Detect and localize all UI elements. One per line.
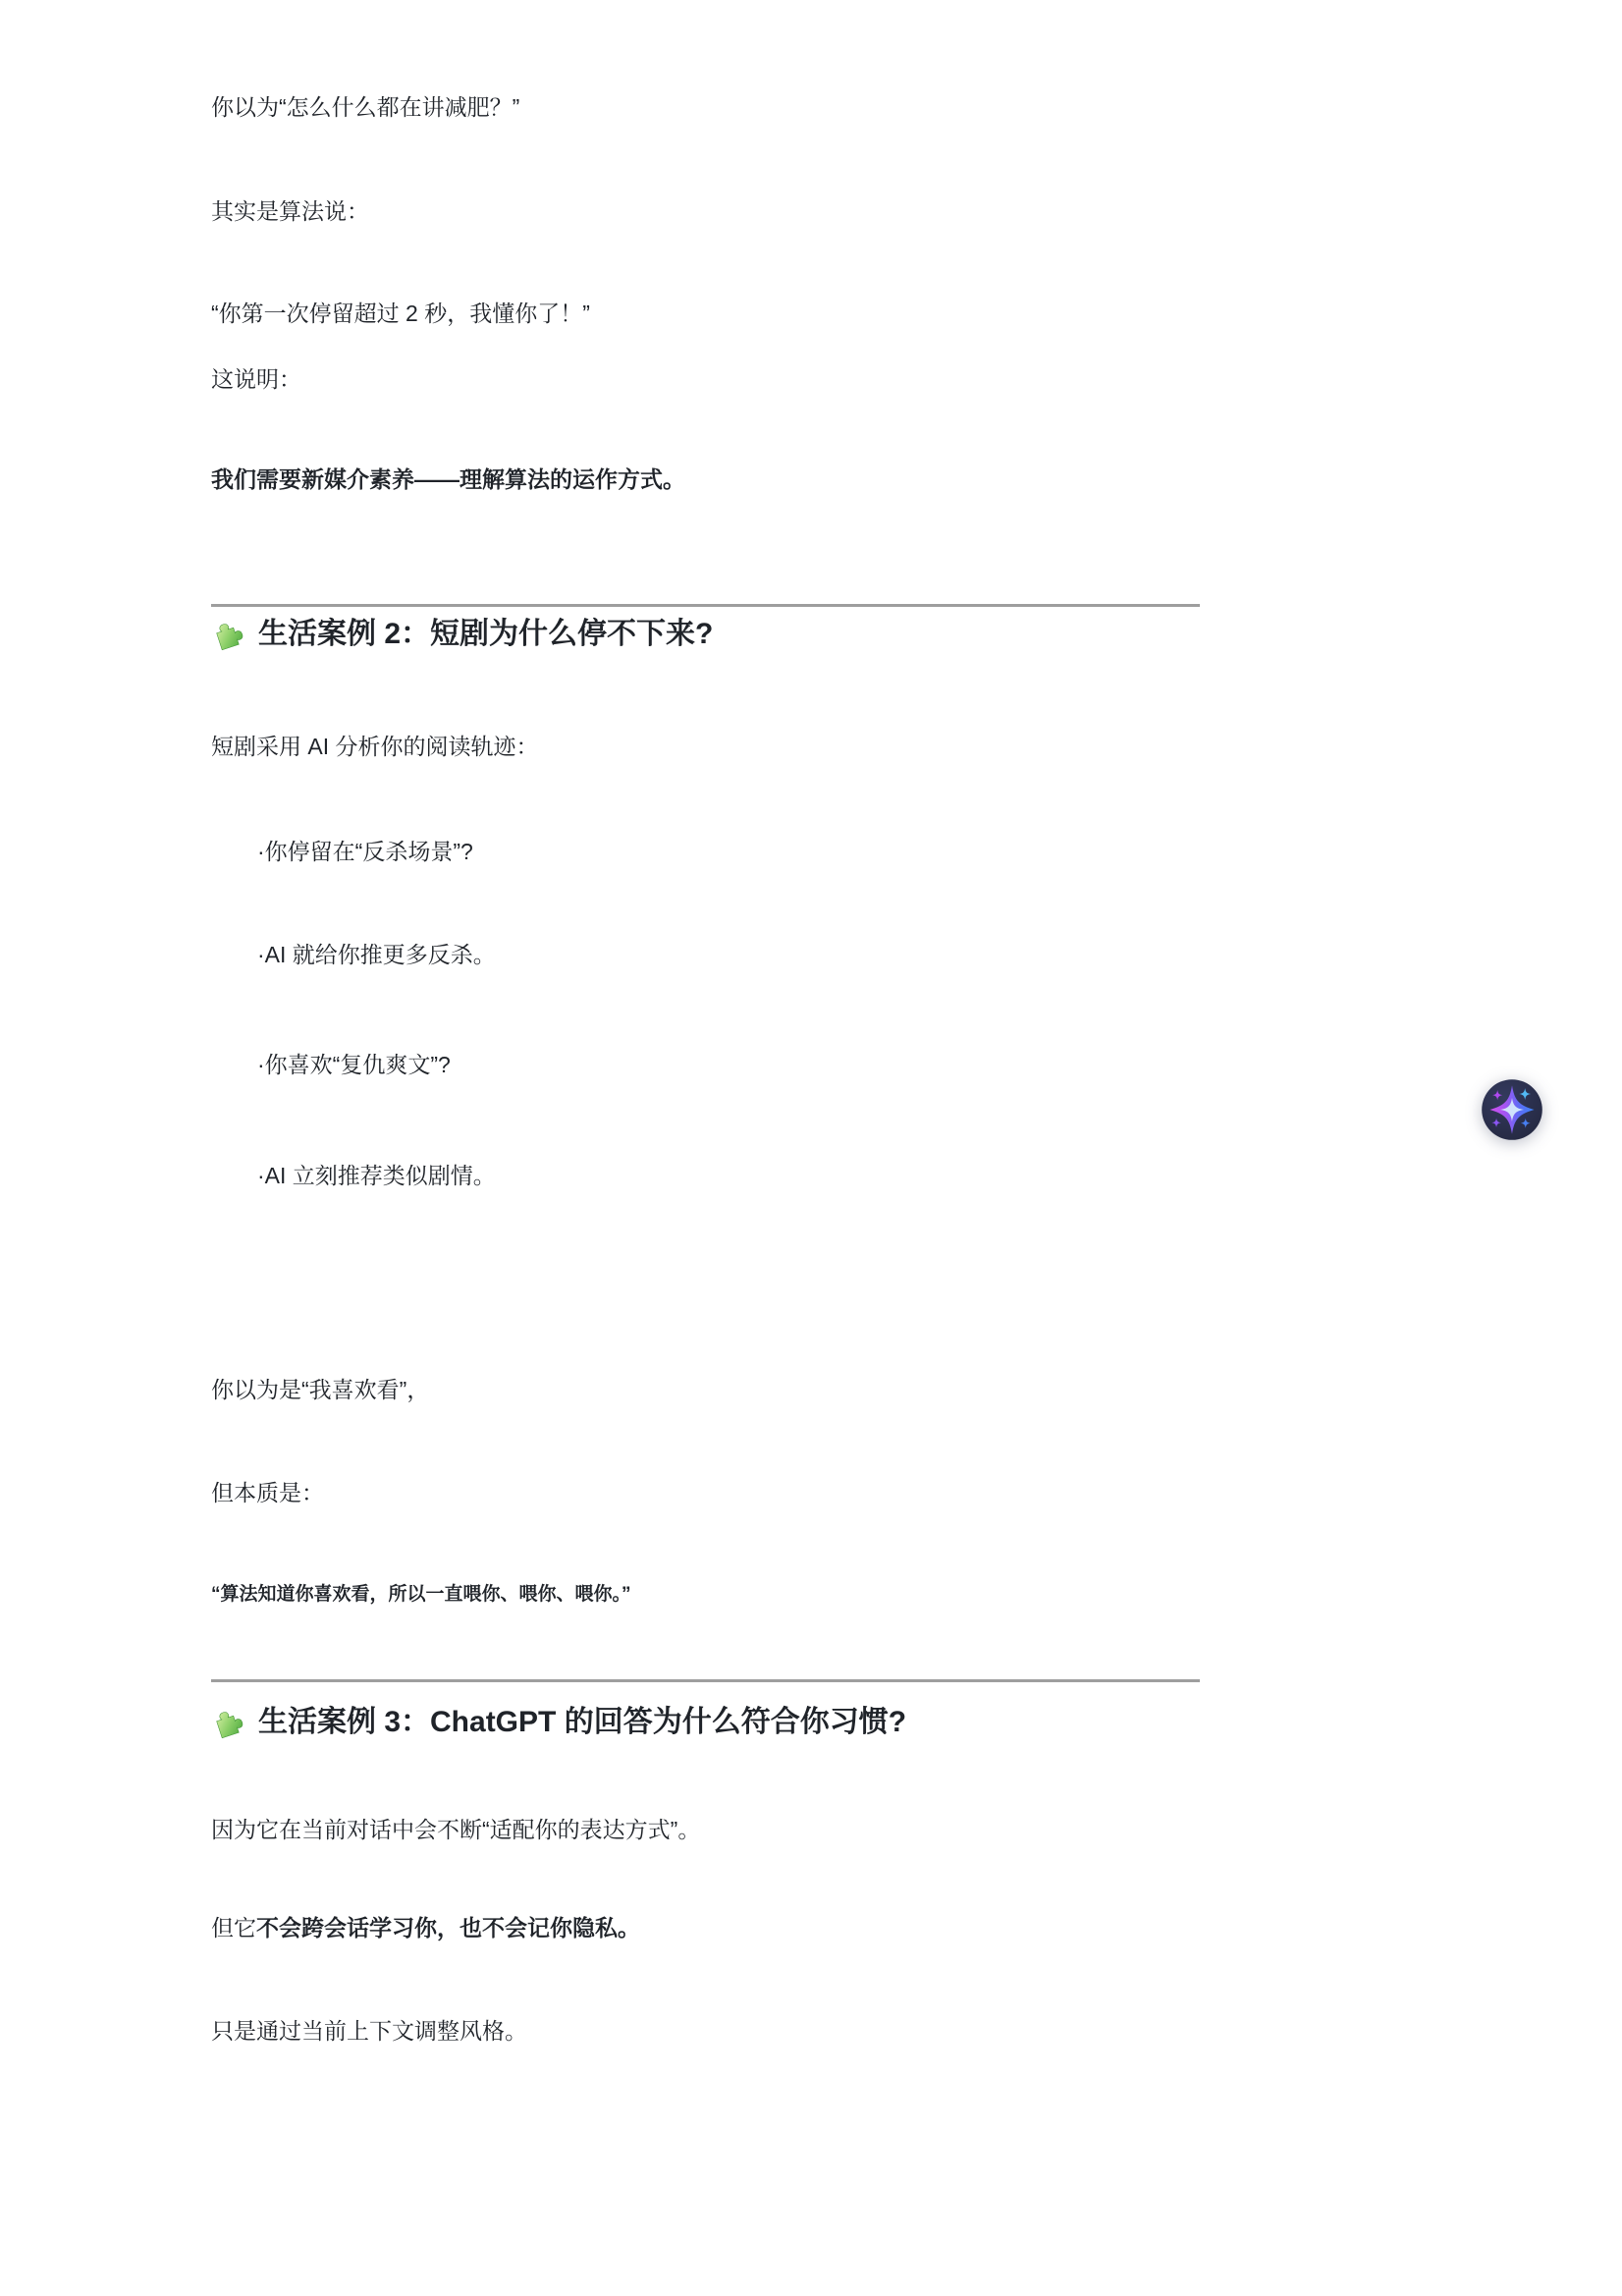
paragraph-intro-conclusion: 我们需要新媒介素养——理解算法的运作方式。 [211, 465, 685, 494]
paragraph-case3-3: 只是通过当前上下文调整风格。 [211, 2017, 527, 2046]
document-page: 你以为“怎么什么都在讲减肥？” 其实是算法说： “你第一次停留超过 2 秒，我懂… [0, 0, 1622, 2296]
section-title-case2: 生活案例 2：短剧为什么停不下来? [258, 617, 713, 652]
bullet-item: ·AI 就给你推更多反杀。 [257, 941, 496, 969]
ai-assistant-button[interactable] [1480, 1077, 1544, 1142]
paragraph-intro-3: 这说明： [211, 365, 301, 394]
paragraph-case2-2: 但本质是： [211, 1479, 324, 1507]
section-divider [211, 1679, 1200, 1682]
bullet-item: ·你停留在“反杀场景”? [257, 838, 473, 866]
bullet-item: ·你喜欢“复仇爽文”? [257, 1051, 451, 1079]
paragraph-case2-quote: “算法知道你喜欢看，所以一直喂你、喂你、喂你。” [211, 1583, 631, 1607]
paragraph-case3-2: 但它不会跨会话学习你，也不会记你隐私。 [211, 1914, 640, 1942]
sparkle-star-icon [1480, 1077, 1544, 1142]
paragraph-case3-2-normal: 但它 [211, 1915, 256, 1941]
puzzle-piece-icon [211, 618, 244, 651]
paragraph-case2-lead: 短剧采用 AI 分析你的阅读轨迹： [211, 733, 539, 761]
paragraph-case3-2-bold: 不会跨会话学习你，也不会记你隐私。 [256, 1915, 640, 1941]
bullet-item: ·AI 立刻推荐类似剧情。 [257, 1162, 496, 1190]
section-header-case3: 生活案例 3：ChatGPT 的回答为什么符合你习惯? [211, 1705, 906, 1740]
section-divider [211, 604, 1200, 607]
puzzle-piece-icon [211, 1706, 244, 1739]
paragraph-intro-quote: “你第一次停留超过 2 秒，我懂你了！” [211, 300, 590, 328]
section-header-case2: 生活案例 2：短剧为什么停不下来? [211, 617, 713, 652]
section-title-case3: 生活案例 3：ChatGPT 的回答为什么符合你习惯? [258, 1705, 906, 1740]
paragraph-case2-1: 你以为是“我喜欢看”， [211, 1376, 429, 1404]
paragraph-case3-1: 因为它在当前对话中会不断“适配你的表达方式”。 [211, 1816, 700, 1844]
paragraph-intro-2: 其实是算法说： [211, 197, 369, 226]
paragraph-intro-1: 你以为“怎么什么都在讲减肥？” [211, 93, 519, 122]
